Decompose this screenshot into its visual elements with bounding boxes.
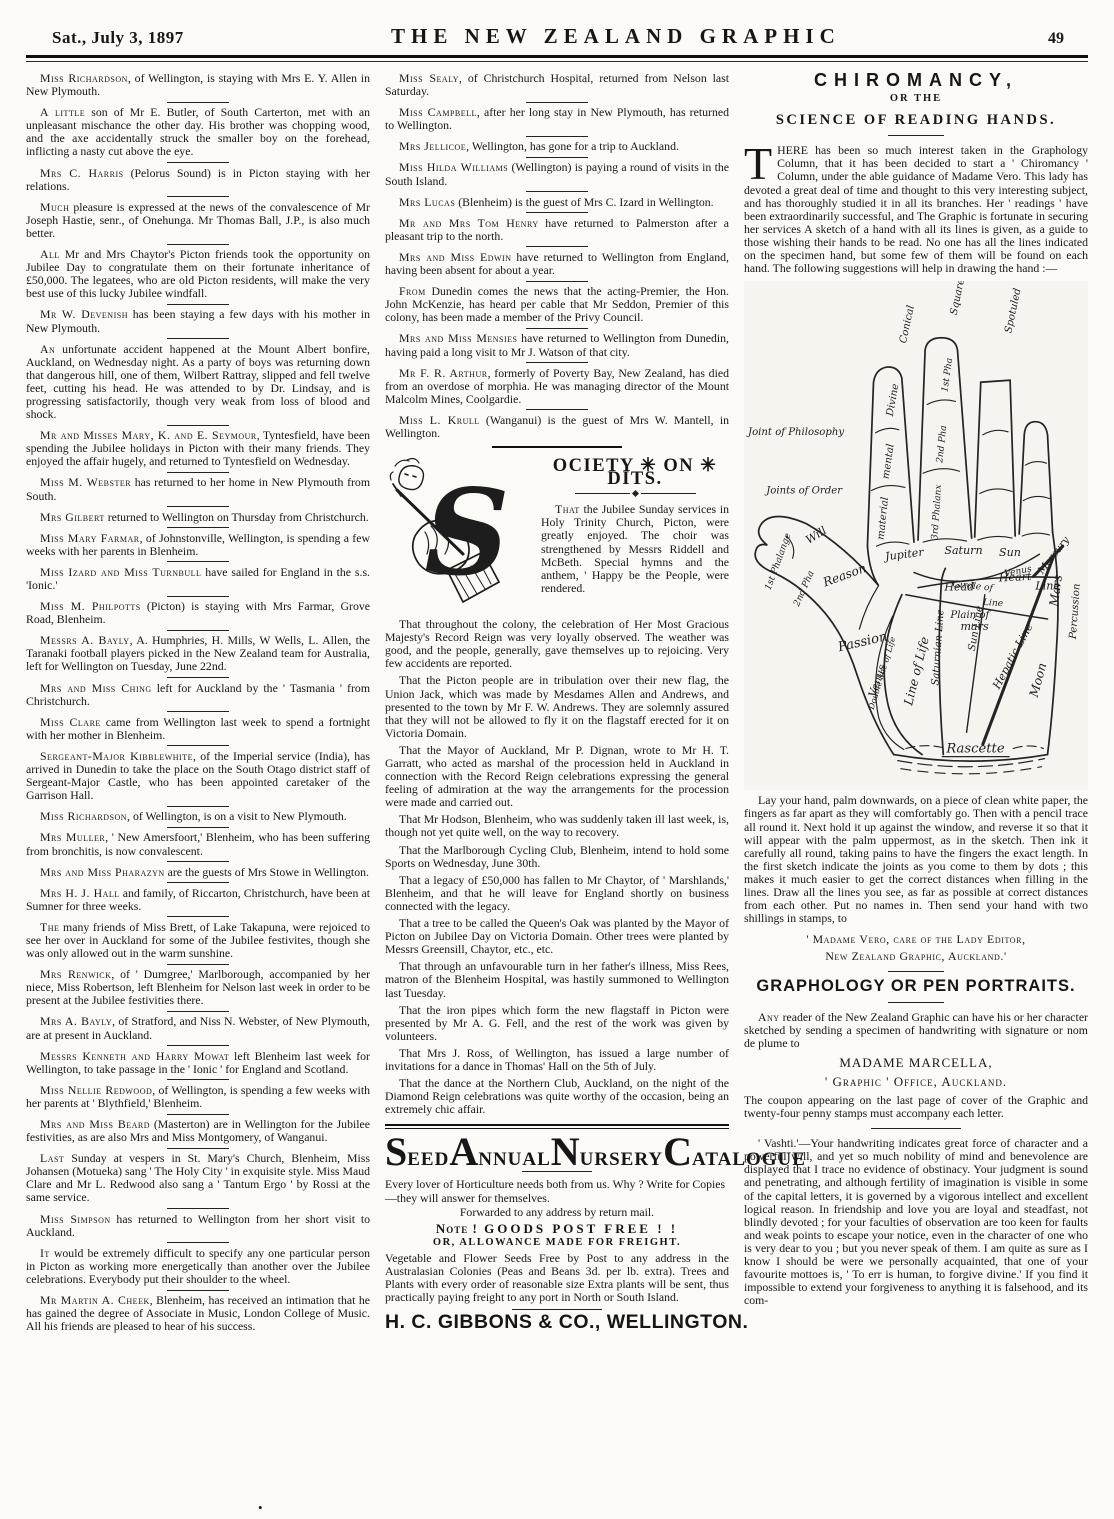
news-item-text: Mr and Mrs Chaytor's Picton friends took… [26, 247, 370, 300]
vero-address-line2: New Zealand Graphic, Auckland.' [744, 950, 1088, 963]
news-item-lead: Mr W. Devenish [40, 307, 128, 321]
item-separator [167, 964, 229, 965]
label-rascette: Rascette [945, 742, 1004, 757]
ad-word-initial: S [385, 1129, 407, 1174]
on-dits-item: That the iron pipes which form the new f… [385, 1004, 729, 1043]
news-item-text: Dunedin comes the news that the acting-P… [385, 284, 729, 324]
news-item-lead: It [40, 1246, 50, 1260]
item-separator [167, 882, 229, 883]
label-jupiter: Jupiter [882, 546, 925, 564]
news-item-lead: Mrs and Miss Edwin [399, 250, 511, 264]
news-item: Mrs Lucas (Blenheim) is the guest of Mrs… [385, 196, 729, 209]
news-item: Mrs and Miss Edwin have returned to Well… [385, 251, 729, 277]
news-item: Mrs Gilbert returned to Wellington on Th… [26, 511, 370, 524]
news-item-text: , Wellington, has gone for a trip to Auc… [466, 139, 679, 153]
news-item: Last Sunday at vespers in St. Mary's Chu… [26, 1152, 370, 1204]
ad-bottom-rule [512, 1309, 602, 1310]
news-item: Messrs A. Bayly, A. Humphries, H. Mills,… [26, 634, 370, 673]
graphology-intro-text: reader of the New Zealand Graphic can ha… [744, 1010, 1088, 1050]
news-item-text: returned to Wellington on Thursday from … [105, 510, 369, 524]
label-material: material [876, 497, 891, 541]
item-separator [167, 1208, 229, 1209]
news-item-text: pleasure is expressed at the news of the… [26, 200, 370, 240]
news-item-lead: Mr Martin A. Cheek [40, 1293, 150, 1307]
palm-diagram: Conical Square Spotuled Divine mental ma… [744, 281, 1088, 790]
item-separator [526, 191, 588, 192]
page-number: 49 [1048, 30, 1064, 48]
on-dits-item: That through an unfavourable turn in her… [385, 960, 729, 999]
item-separator [167, 596, 229, 597]
label-divine: Divine [885, 383, 902, 418]
news-item: Mr F. R. Arthur, formerly of Poverty Bay… [385, 367, 729, 406]
item-separator [167, 472, 229, 473]
news-item: All Mr and Mrs Chaytor's Picton friends … [26, 248, 370, 300]
ad-word-rest: NNUAL [478, 1149, 551, 1170]
news-item: Mrs and Miss Beard (Masterton) are in We… [26, 1118, 370, 1144]
label-sun: Sun [999, 546, 1021, 559]
on-dits-item: That the Marlborough Cycling Club, Blenh… [385, 844, 729, 870]
news-item: Miss Izard and Miss Turnbull have sailed… [26, 566, 370, 592]
label-conical: Conical [898, 305, 917, 345]
ad-word-initial: N [551, 1129, 580, 1174]
news-item: Mrs C. Harris (Pelorus Sound) is in Pict… [26, 167, 370, 193]
news-item: Mrs Muller, ' New Amersfoort,' Blenheim,… [26, 831, 370, 857]
initial-letter-s: S [424, 463, 509, 602]
chiromancy-instructions: Lay your hand, palm downwards, on a piec… [744, 794, 1088, 925]
news-item: Sergeant-Major Kibblewhite, of the Imper… [26, 750, 370, 802]
item-separator [167, 1242, 229, 1243]
chiromancy-intro-text: HERE has been so much interest taken in … [744, 143, 1088, 275]
on-dits-item: That Mr Hodson, Blenheim, who was sudden… [385, 813, 729, 839]
news-item-lead: Miss Simpson [40, 1212, 111, 1226]
label-saturn: Saturn [944, 544, 982, 557]
ad-note: Note ! GOODS POST FREE ! ! [385, 1222, 729, 1235]
graphic-office: ' Graphic ' Office, Auckland. [744, 1075, 1088, 1088]
news-item: Mrs Renwick, of ' Dumgree,' Marlborough,… [26, 968, 370, 1007]
chiromancy-subtitle: OR THE [744, 92, 1088, 105]
item-separator [167, 506, 229, 507]
news-item-lead: A little [40, 105, 85, 119]
news-item-lead: Miss M. Philpotts [40, 599, 141, 613]
news-item: Much pleasure is expressed at the news o… [26, 201, 370, 240]
news-item-text: would be extremely difficult to specify … [26, 1246, 370, 1286]
news-item-lead: Mr and Misses Mary, K. and E. Seymour [40, 428, 257, 442]
news-item: Mr Martin A. Cheek, Blenheim, has receiv… [26, 1294, 370, 1333]
vashti-reading: ' Vashti.'—Your handwriting indicates gr… [744, 1137, 1088, 1307]
ad-line1: Every lover of Horticulture needs both f… [385, 1178, 729, 1204]
coupon-note: The coupon appearing on the last page of… [744, 1094, 1088, 1120]
on-dits-item: That the dance at the Northern Club, Auc… [385, 1077, 729, 1116]
ad-line2: Forwarded to any address by return mail. [385, 1206, 729, 1219]
news-item-lead: Much [40, 200, 69, 214]
news-item-lead: Sergeant-Major Kibblewhite [40, 749, 193, 763]
ad-note-text: GOODS POST FREE ! ! [484, 1221, 678, 1236]
news-item-text: Sunday at vespers in St. Mary's Church, … [26, 1151, 370, 1204]
marcella-name: MADAME MARCELLA, [744, 1056, 1088, 1069]
item-separator [167, 196, 229, 197]
ad-note2: OR, ALLOWANCE MADE FOR FREIGHT. [385, 1236, 729, 1249]
news-item-lead: Miss Izard and Miss Turnbull [40, 565, 201, 579]
item-separator [526, 157, 588, 158]
news-item-lead: Miss Richardson [40, 71, 128, 85]
ad-title-word: NURSERY [551, 1137, 663, 1168]
on-dits-lead: That [555, 502, 580, 516]
drop-cap: T [744, 144, 777, 182]
news-item-lead: Mr F. R. Arthur [399, 366, 488, 380]
item-separator [526, 409, 588, 410]
news-item: From Dunedin comes the news that the act… [385, 285, 729, 324]
label-saturnian-line: Saturnian Line [930, 609, 946, 686]
column-left: Miss Richardson, of Wellington, is stayi… [26, 72, 370, 1333]
news-item: Mrs A. Bayly, of Stratford, and Niss N. … [26, 1015, 370, 1041]
ad-title-word: SEED [385, 1137, 449, 1168]
label-percussion: Percussion [1068, 583, 1083, 640]
item-separator [526, 246, 588, 247]
item-separator [167, 1290, 229, 1291]
palm-diagram-svg: Conical Square Spotuled Divine mental ma… [744, 281, 1088, 787]
item-separator [167, 561, 229, 562]
news-item-lead: From [399, 284, 426, 298]
label-reason: Reason [820, 561, 868, 590]
item-separator [167, 527, 229, 528]
on-dits-item: That Mrs J. Ross, of Wellington, has iss… [385, 1047, 729, 1073]
news-item-lead: Miss Campbell [399, 105, 477, 119]
item-separator [167, 630, 229, 631]
graphology-intro-lead: Any [758, 1010, 780, 1024]
ad-word-rest: URSERY [580, 1149, 663, 1170]
item-separator [167, 677, 229, 678]
item-separator [167, 1148, 229, 1149]
masthead: Sat., July 3, 1897 THE NEW ZEALAND GRAPH… [0, 0, 1114, 53]
news-item: Miss Campbell, after her long stay in Ne… [385, 106, 729, 132]
item-separator [167, 244, 229, 245]
item-separator [167, 916, 229, 917]
news-item-lead: Mr and Mrs Tom Henry [399, 216, 539, 230]
item-separator [526, 212, 588, 213]
news-item-lead: Miss Sealy [399, 71, 459, 85]
news-item: Mrs Jellicoe, Wellington, has gone for a… [385, 140, 729, 153]
news-item: Mrs and Miss Pharazyn are the guests of … [26, 866, 370, 879]
ad-word-initial: C [663, 1129, 692, 1174]
masthead-date: Sat., July 3, 1897 [52, 28, 184, 48]
society-on-dits-section: S OCIETY ✳ ON ✳ DITS. That the Jubilee S… [385, 454, 729, 1116]
section-rule [492, 446, 622, 448]
news-item: Miss Clare came from Wellington last wee… [26, 716, 370, 742]
item-separator [167, 425, 229, 426]
chiromancy-title: CHIROMANCY, [744, 74, 1088, 87]
item-separator [167, 827, 229, 828]
on-dits-item: That throughout the colony, the celebrat… [385, 618, 729, 670]
label-spotuled: Spotuled [1003, 287, 1023, 335]
label-2nd-pha: 2nd Pha [935, 425, 949, 465]
item-separator [167, 861, 229, 862]
news-item-lead: Miss Hilda Williams [399, 160, 508, 174]
middle-news-list: Miss Sealy, of Christchurch Hospital, re… [385, 72, 729, 440]
label-line-of-life: Line of Life [901, 636, 932, 708]
ad-note-lead: Note ! [436, 1221, 478, 1236]
masthead-rule [26, 55, 1088, 62]
news-item-lead: Mrs Gilbert [40, 510, 105, 524]
item-separator [526, 102, 588, 103]
item-separator [526, 362, 588, 363]
news-item: Miss Simpson has returned to Wellington … [26, 1213, 370, 1239]
news-item: The many friends of Miss Brett, of Lake … [26, 921, 370, 960]
on-dits-ornament [541, 491, 729, 496]
news-item: It would be extremely difficult to speci… [26, 1247, 370, 1286]
news-item-lead: Mrs Jellicoe [399, 139, 466, 153]
label-head: Head [943, 581, 974, 594]
item-separator [526, 281, 588, 282]
news-item-lead: Mrs Muller [40, 830, 105, 844]
item-separator [526, 328, 588, 329]
news-item-text: , of Wellington, is on a visit to New Pl… [127, 809, 347, 823]
news-item: Miss Mary Farmar, of Johnstonville, Well… [26, 532, 370, 558]
news-item-lead: Miss Clare [40, 715, 101, 729]
news-item-lead: Mrs and Miss Beard [40, 1117, 150, 1131]
label-joints-of-order: Joints of Order [764, 486, 843, 497]
diagram-labels: Conical Square Spotuled Divine mental ma… [746, 281, 1083, 757]
news-item-lead: Miss Richardson [40, 809, 127, 823]
section-divider [888, 971, 944, 972]
seed-catalogue-ad: SEED ANNUAL NURSERY CATALOGUE Every love… [385, 1124, 729, 1329]
news-item-lead: Miss M. Webster [40, 475, 131, 489]
label-1st-pha: 1st Pha [940, 358, 955, 393]
item-separator [167, 1045, 229, 1046]
label-mental: mental [881, 443, 897, 480]
news-item-lead: Miss Nellie Redwood [40, 1083, 152, 1097]
news-item-lead: Miss L. Krull [399, 413, 480, 427]
label-square: Square [949, 281, 967, 316]
news-item: An unfortunate accident happened at the … [26, 343, 370, 422]
advertiser-name: H. C. GIBBONS & CO., WELLINGTON. [385, 1316, 729, 1329]
news-item: Miss M. Philpotts (Picton) is staying wi… [26, 600, 370, 626]
header-rule [888, 135, 944, 136]
news-item: Miss Hilda Williams (Wellington) is payi… [385, 161, 729, 187]
on-dits-item: That the Picton people are in tribulatio… [385, 674, 729, 739]
news-item-lead: Mrs C. Harris [40, 166, 124, 180]
label-passion: Passion [836, 630, 889, 656]
news-item: Miss Sealy, of Christchurch Hospital, re… [385, 72, 729, 98]
news-item: Miss Nellie Redwood, of Wellington, is s… [26, 1084, 370, 1110]
on-dits-item: That a legacy of £50,000 has fallen to M… [385, 874, 729, 913]
news-item: Miss Richardson, of Wellington, is stayi… [26, 72, 370, 98]
item-separator [167, 304, 229, 305]
item-separator [167, 806, 229, 807]
label-heart: Heart [997, 570, 1032, 585]
news-item-lead: Mrs A. Bayly [40, 1014, 112, 1028]
item-separator [167, 1114, 229, 1115]
columns: Miss Richardson, of Wellington, is stayi… [0, 62, 1114, 1333]
news-item: Mr and Misses Mary, K. and E. Seymour, T… [26, 429, 370, 468]
on-dits-item: That a tree to be called the Queen's Oak… [385, 917, 729, 956]
on-dits-list: That throughout the colony, the celebrat… [385, 618, 729, 1116]
news-item-lead: Mrs Lucas [399, 195, 455, 209]
news-item: Miss M. Webster has returned to her home… [26, 476, 370, 502]
on-dits-item: That the Mayor of Auckland, Mr P. Dignan… [385, 744, 729, 809]
column-end-dot: • [258, 1500, 263, 1516]
news-item: Mrs and Miss Mensies have returned to We… [385, 332, 729, 358]
label-joint-of-philosophy: Joint of Philosophy [746, 427, 844, 438]
news-item-text: are the guests of Mrs Stowe in Wellingto… [165, 865, 369, 879]
news-item: Mrs and Miss Ching left for Auckland by … [26, 682, 370, 708]
news-item-lead: Mrs and Miss Pharazyn [40, 865, 165, 879]
news-item-lead: All [40, 247, 60, 261]
news-item-lead: Messrs Kenneth and Harry Mowat [40, 1049, 229, 1063]
item-separator [167, 102, 229, 103]
graphology-title: GRAPHOLOGY OR PEN PORTRAITS. [744, 980, 1088, 993]
news-item-text: many friends of Miss Brett, of Lake Taka… [26, 920, 370, 960]
label-thumb-2nd-pha: 2nd Pha [792, 570, 817, 609]
news-item-lead: Mrs H. J. Hall [40, 886, 120, 900]
news-item: Mr and Mrs Tom Henry have returned to Pa… [385, 217, 729, 243]
label-moon: Moon [1027, 662, 1050, 700]
news-item-lead: Mrs Renwick [40, 967, 111, 981]
column-right: CHIROMANCY, OR THE SCIENCE OF READING HA… [744, 72, 1088, 1333]
item-separator [167, 1011, 229, 1012]
news-item: Messrs Kenneth and Harry Mowat left Blen… [26, 1050, 370, 1076]
ad-body: Vegetable and Flower Seeds Free by Post … [385, 1252, 729, 1304]
chiromancy-intro: THERE has been so much interest taken in… [744, 144, 1088, 275]
news-item-lead: Mrs and Miss Mensies [399, 331, 517, 345]
label-will: Will [803, 524, 829, 547]
graphology-title-rule [888, 1002, 944, 1003]
news-item-text: (Blenheim) is the guest of Mrs C. Izard … [455, 195, 713, 209]
news-item-lead: Miss Mary Farmar [40, 531, 140, 545]
ad-word-rest: EED [407, 1149, 449, 1170]
newspaper-page: Sat., July 3, 1897 THE NEW ZEALAND GRAPH… [0, 0, 1114, 1519]
label-hepatic-line: Hepatic Line [990, 621, 1036, 692]
item-separator [167, 338, 229, 339]
news-item: Miss Richardson, of Wellington, is on a … [26, 810, 370, 823]
news-item-text: unfortunate accident happened at the Mou… [26, 342, 370, 421]
news-item-lead: An [40, 342, 55, 356]
hand-with-pen-initial-illustration: S [385, 456, 535, 614]
news-item-lead: The [40, 920, 59, 934]
news-item-lead: Last [40, 1151, 64, 1165]
reading-divider [871, 1128, 961, 1129]
graphology-intro: Any reader of the New Zealand Graphic ca… [744, 1011, 1088, 1050]
item-separator [167, 711, 229, 712]
item-separator [167, 162, 229, 163]
ad-word-initial: A [449, 1129, 478, 1174]
item-separator [526, 136, 588, 137]
ad-title-word: ANNUAL [449, 1137, 550, 1168]
news-item: A little son of Mr E. Butler, of South C… [26, 106, 370, 158]
news-item-lead: Mrs and Miss Ching [40, 681, 152, 695]
column-middle: Miss Sealy, of Christchurch Hospital, re… [385, 72, 729, 1333]
label-thumb-1st-phalange: 1st Phalange [764, 532, 794, 592]
news-item: Mrs H. J. Hall and family, of Riccarton,… [26, 887, 370, 913]
news-item: Miss L. Krull (Wanganui) is the guest of… [385, 414, 729, 440]
vero-address-line1: ' Madame Vero, care of the Lady Editor, [744, 933, 1088, 946]
item-separator [167, 1079, 229, 1080]
ad-title: SEED ANNUAL NURSERY CATALOGUE [385, 1137, 729, 1168]
news-item: Mr W. Devenish has been staying a few da… [26, 308, 370, 334]
masthead-title: THE NEW ZEALAND GRAPHIC [391, 24, 841, 49]
item-separator [167, 745, 229, 746]
chiromancy-subtitle2: SCIENCE OF READING HANDS. [744, 114, 1088, 127]
news-item-lead: Messrs A. Bayly [40, 633, 130, 647]
on-dits-text: the Jubilee Sunday services in Holy Trin… [541, 502, 729, 595]
label-3rd-phalanx: 3rd Phalanx [930, 484, 944, 540]
